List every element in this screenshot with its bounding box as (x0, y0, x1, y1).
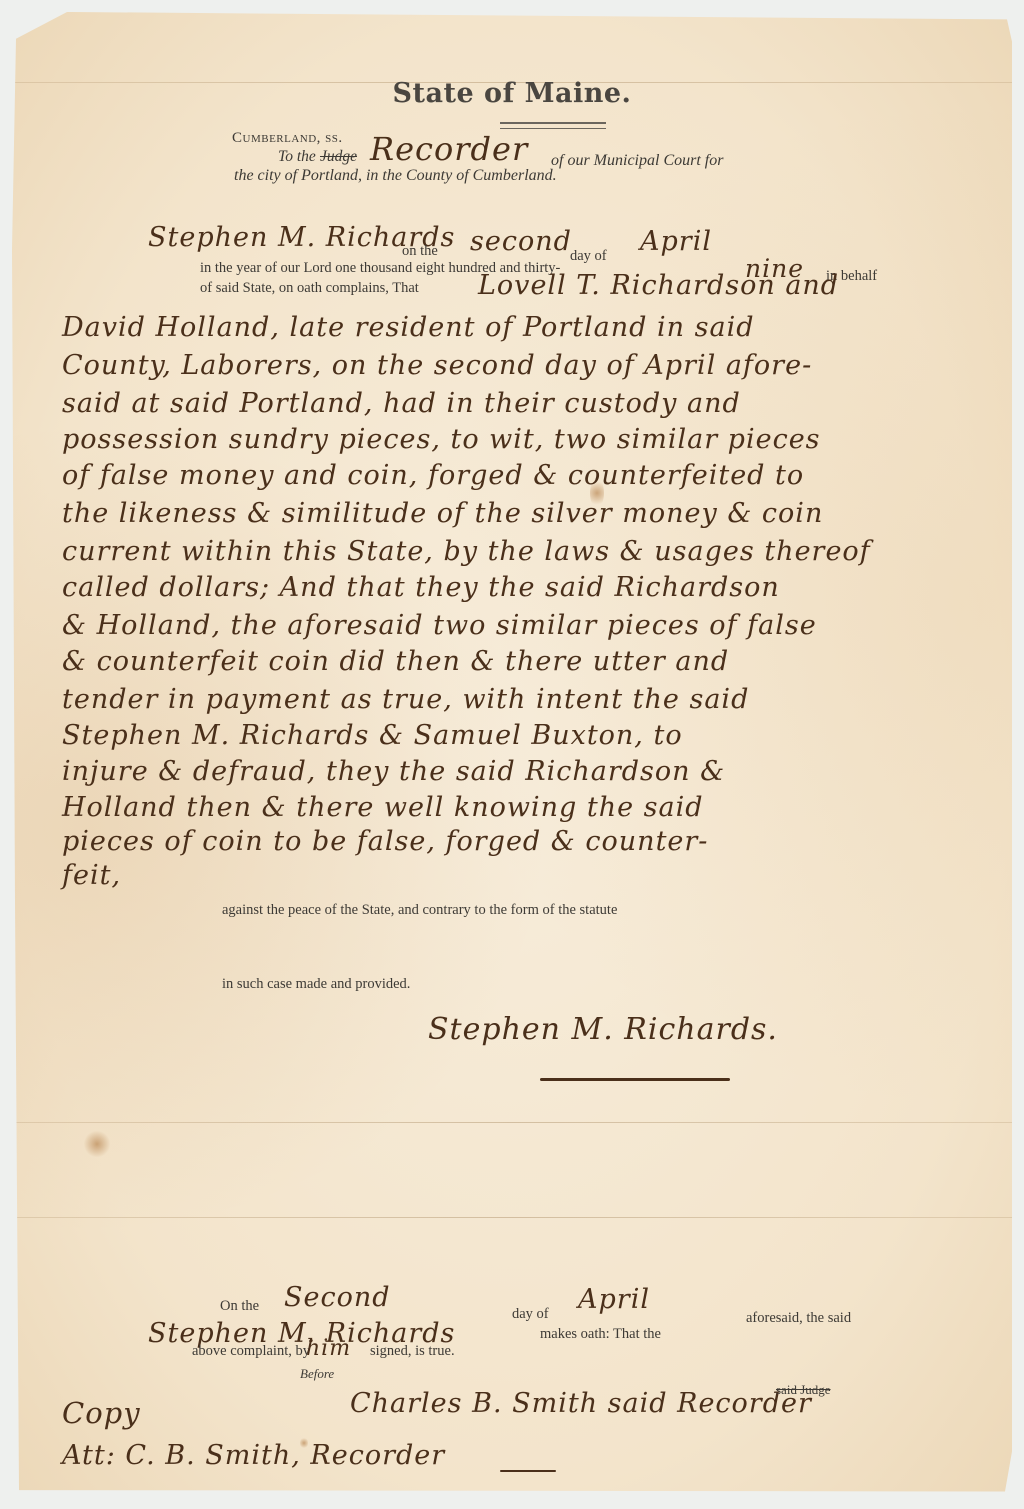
fold-crease (12, 1217, 1012, 1218)
oath-label: of said State, on oath complains, That (200, 280, 419, 297)
complaint-line: the likeness & similitude of the silver … (62, 498, 823, 529)
on-the-label: on the (402, 243, 438, 260)
document-title: State of Maine. (0, 78, 1024, 109)
oath-day-of: day of (512, 1306, 549, 1323)
fold-crease (12, 1122, 1012, 1123)
age-stain (84, 1130, 110, 1158)
oath-aforesaid: aforesaid, the said (746, 1310, 851, 1327)
oath-day-written: Second (284, 1282, 391, 1313)
day-of-label: day of (570, 248, 607, 265)
complaint-line: called dollars; And that they the said R… (62, 572, 780, 603)
struck-said-judge: said Judge (776, 1382, 831, 1398)
oath-before: Before (300, 1366, 334, 1382)
complaint-line: County, Laborers, on the second day of A… (62, 350, 812, 381)
complaint-line: possession sundry pieces, to wit, two si… (62, 424, 821, 455)
signature-flourish (540, 1078, 730, 1081)
complaint-line: said at said Portland, had in their cust… (62, 388, 741, 419)
court-city-line: the city of Portland, in the County of C… (234, 167, 557, 185)
oath-pronoun-written: him (306, 1336, 351, 1361)
magistrate-signature: Charles B. Smith said Recorder (350, 1388, 812, 1419)
complaint-line: Holland then & there well knowing the sa… (62, 792, 704, 823)
complaint-line: injure & defraud, they the said Richards… (62, 756, 725, 787)
closing-line-2: in such case made and provided. (222, 976, 410, 993)
oath-makes-oath: makes oath: That the (540, 1326, 661, 1343)
complaint-line: pieces of coin to be false, forged & cou… (62, 826, 708, 857)
attestation-line: Att: C. B. Smith, Recorder (62, 1440, 445, 1471)
oath-on-the: On the (220, 1298, 259, 1315)
complaint-line: current within this State, by the laws &… (62, 536, 871, 567)
venue-label: Cumberland, ss. (232, 130, 343, 147)
complaint-line: David Holland, late resident of Portland… (62, 312, 755, 343)
oath-month-written: April (578, 1284, 650, 1315)
oath-signed-true: signed, is true. (370, 1343, 455, 1360)
closing-line-1: against the peace of the State, and cont… (222, 902, 617, 919)
copy-notation: Copy (62, 1396, 141, 1430)
attestation-dash (500, 1470, 556, 1472)
oath-above-complaint: above complaint, by (192, 1343, 310, 1360)
month-written: April (640, 226, 712, 257)
court-label: of our Municipal Court for (551, 152, 723, 170)
complaint-line: & Holland, the aforesaid two similar pie… (62, 610, 817, 641)
complaint-line: & counterfeit coin did then & there utte… (62, 646, 729, 677)
complaint-line: Stephen M. Richards & Samuel Buxton, to (62, 720, 683, 751)
struck-judge: Judge (320, 148, 357, 166)
complaint-line: tender in payment as true, with intent t… (62, 684, 749, 715)
accused-names-start: Lovell T. Richardson and (478, 270, 839, 301)
to-the-label: To the (278, 148, 316, 166)
day-written: second (470, 226, 572, 257)
complaint-line: of false money and coin, forged & counte… (62, 460, 804, 491)
complaint-line: feit, (62, 860, 121, 891)
handwritten-recorder: Recorder (370, 130, 528, 168)
complainant-signature: Stephen M. Richards. (428, 1012, 778, 1047)
title-underline (500, 122, 606, 129)
